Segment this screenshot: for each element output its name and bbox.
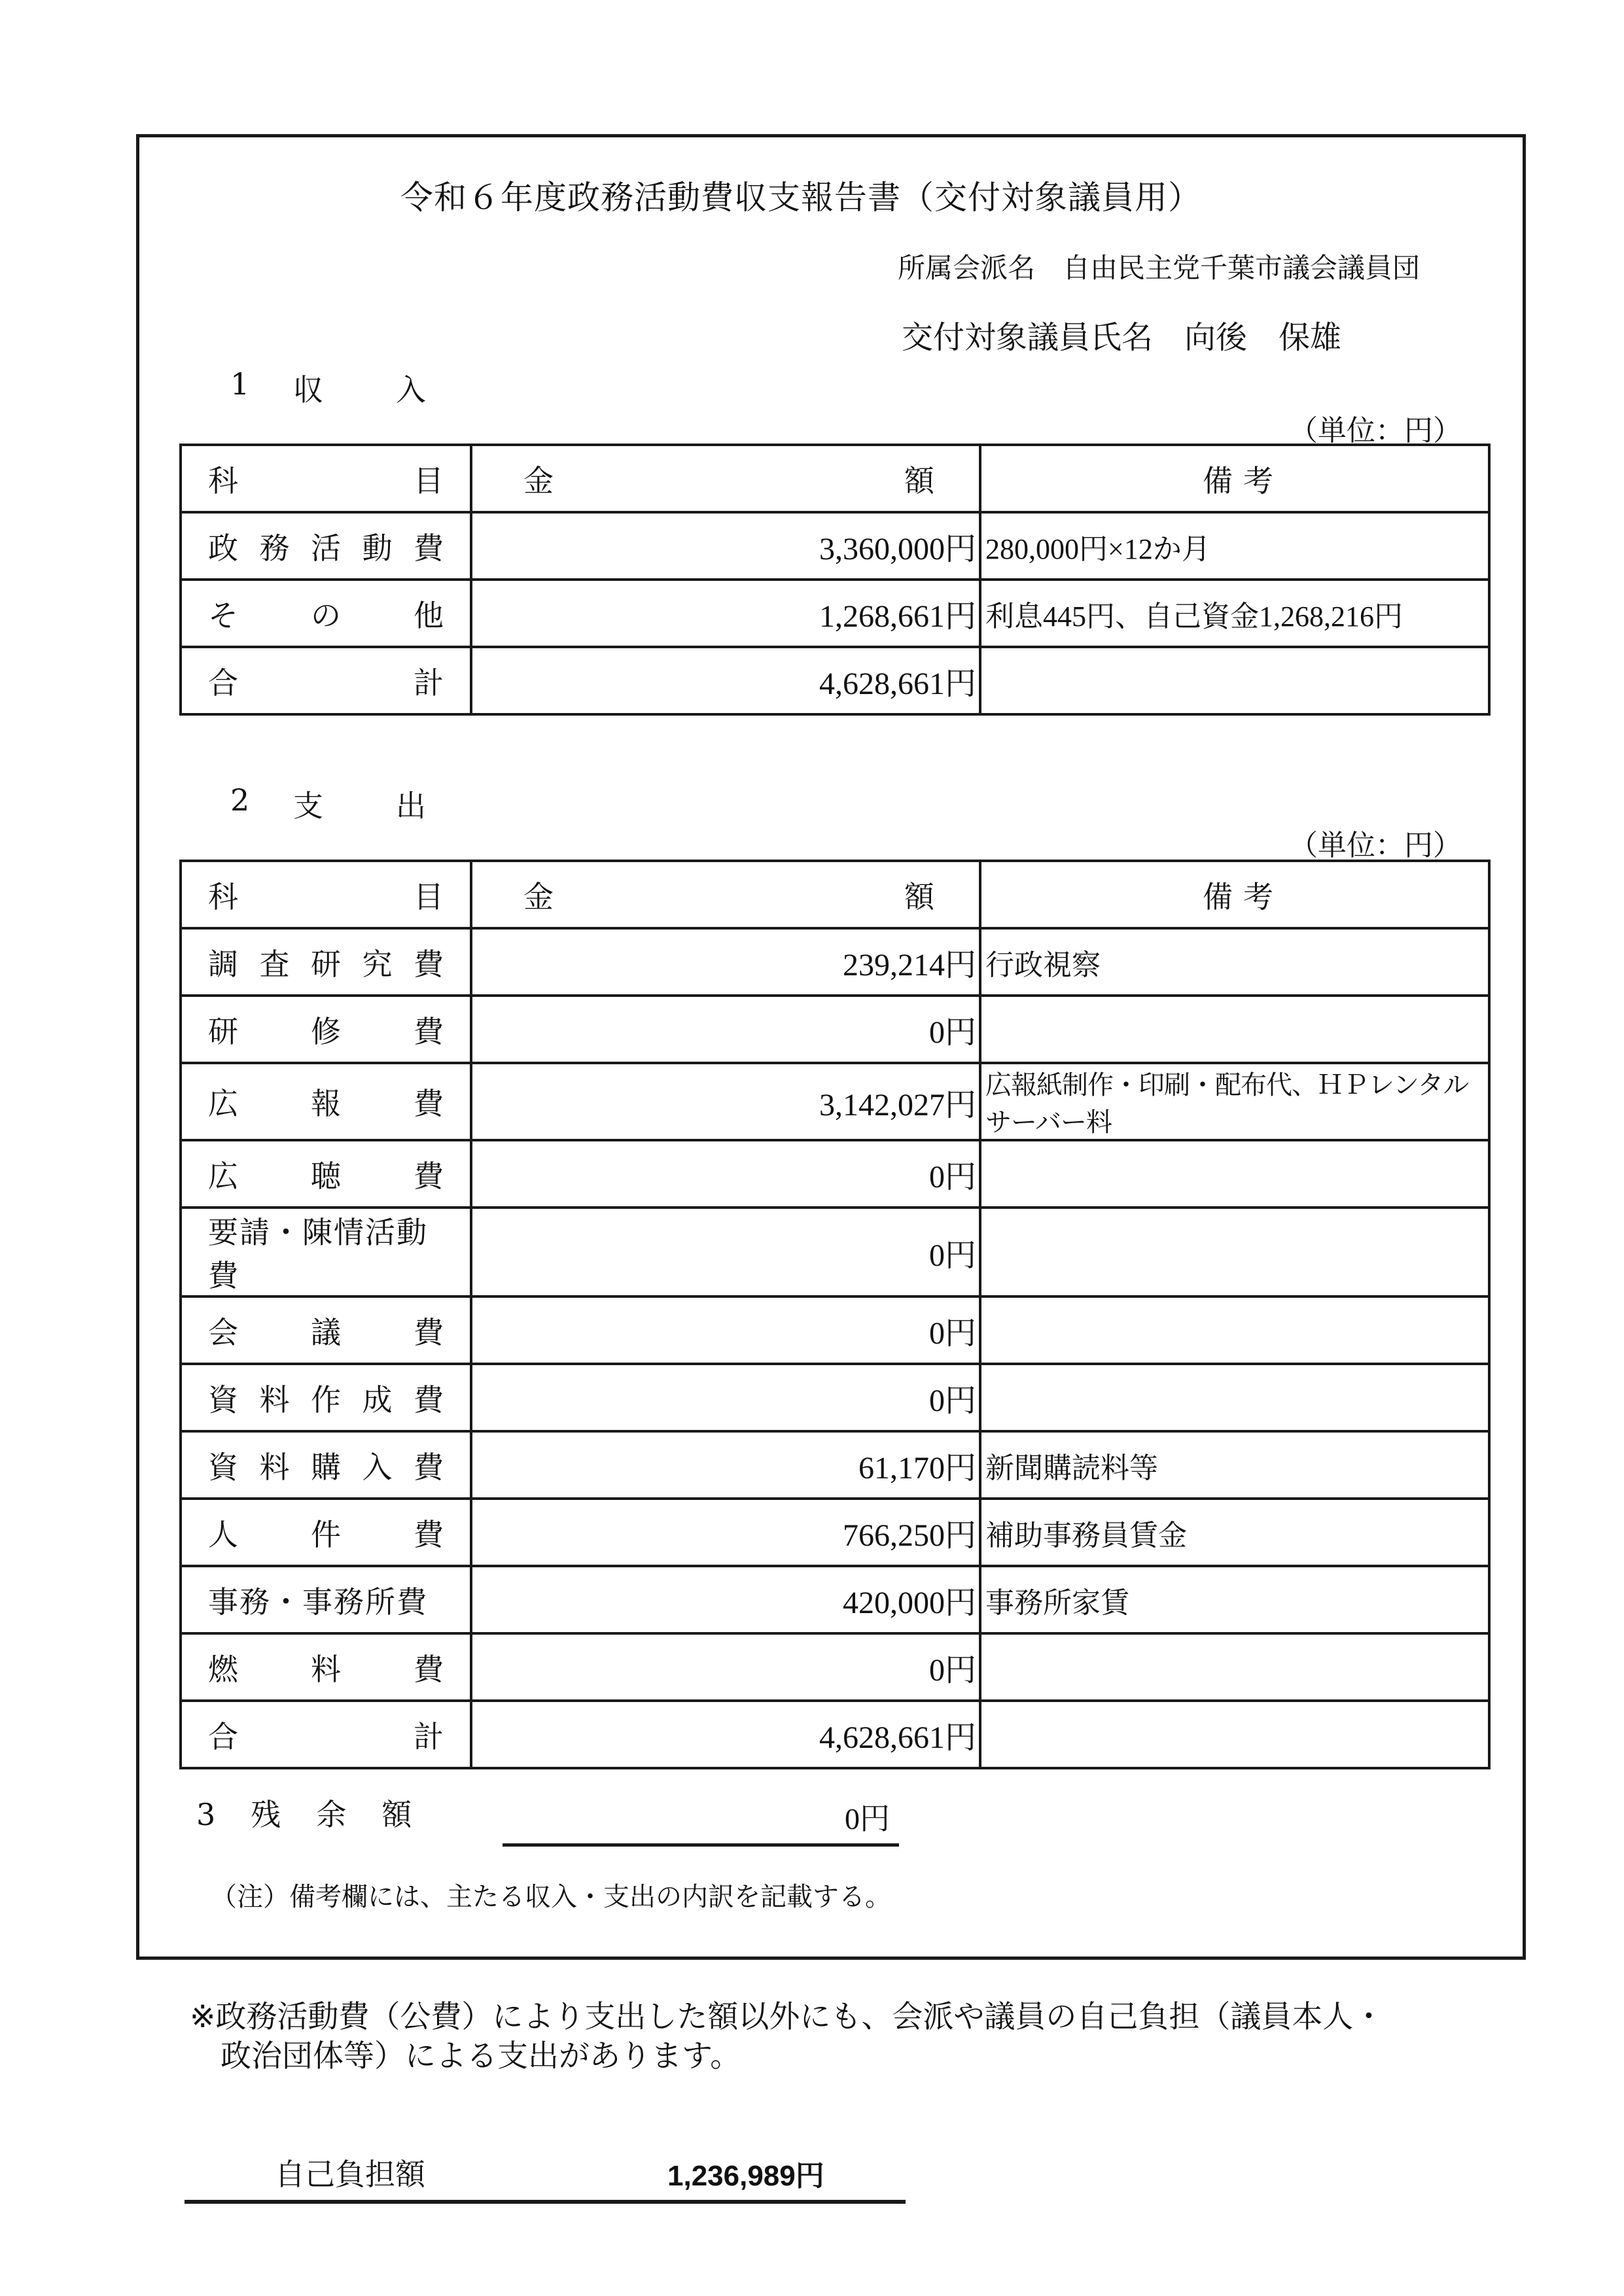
row-note: 行政視察 [980,928,1489,996]
row-item: 資料購入費 [181,1431,471,1499]
column-header-note: 備考 [980,861,1489,928]
row-amount: 0円 [471,1208,980,1296]
expenditure-heading-char: 支 [293,782,323,826]
self-burden-label: 自己負担額 [275,2151,425,2194]
row-amount: 0円 [471,1140,980,1208]
table-row: 人件費 766,250円 補助事務員賃金 [181,1499,1489,1566]
page-title: 令和６年度政務活動費収支報告書（交付対象議員用） [400,171,1201,218]
income-heading-char: 入 [396,366,426,409]
row-note: 280,000円×12か月 [980,512,1489,580]
expenditure-heading: 2 支 出 [0,782,654,822]
row-item: 資料作成費 [181,1364,471,1431]
row-item: 要請・陳情活動費 [181,1208,471,1296]
table-row: 燃料費 0円 [181,1633,1489,1701]
row-amount: 0円 [471,1364,980,1431]
row-amount: 1,268,661円 [471,580,980,647]
row-amount: 0円 [471,1633,980,1701]
table-row: 調査研究費 239,214円 行政視察 [181,928,1489,996]
income-table-header: 科目 金額 備考 [181,445,1489,512]
row-note [980,1701,1489,1768]
remainder-amount: 0円 [818,1795,890,1838]
row-item: 人件費 [181,1499,471,1566]
row-note: 補助事務員賃金 [980,1499,1489,1566]
row-item: その他 [181,580,471,647]
notice-line-2: 政治団体等）による支出があります。 [190,2037,1384,2076]
row-amount: 4,628,661円 [471,1701,980,1768]
self-burden-underline [185,2200,906,2204]
income-section-number: 1 [230,366,249,402]
row-amount: 3,142,027円 [471,1063,980,1140]
table-row: 要請・陳情活動費 0円 [181,1208,1489,1296]
row-amount: 4,628,661円 [471,647,980,714]
column-header-amount: 金額 [471,861,980,928]
row-amount: 420,000円 [471,1566,980,1633]
row-item: 政務活動費 [181,512,471,580]
member-name: 向後 保雄 [1184,319,1341,356]
row-amount: 239,214円 [471,928,980,996]
table-row: 広報費 3,142,027円 広報紙制作・印刷・配布代、ＨＰレンタルサーバー料 [181,1063,1489,1140]
row-item: 合計 [181,1701,471,1768]
row-item: 会議費 [181,1296,471,1364]
row-amount: 61,170円 [471,1431,980,1499]
group-name: 自由民主党千葉市議会議員団 [1063,252,1420,284]
column-header-amount: 金額 [471,445,980,512]
expenditure-table-header: 科目 金額 備考 [181,861,1489,928]
total-row: 合計 4,628,661円 [181,647,1489,714]
table-row: 会議費 0円 [181,1296,1489,1364]
row-note [980,1140,1489,1208]
row-note [980,996,1489,1063]
row-item: 燃料費 [181,1633,471,1701]
member-label: 交付対象議員氏名 [902,319,1153,356]
column-header-item: 科目 [181,861,471,928]
income-heading-char: 収 [293,366,323,409]
table-row: 広聴費 0円 [181,1140,1489,1208]
expenditure-table: 科目 金額 備考 調査研究費 239,214円 行政視察 研修費 0円 広報費 … [179,860,1491,1769]
remainder-label: 3 残 余 額 [196,1791,414,1834]
row-note [980,647,1489,714]
row-note [980,1364,1489,1431]
row-amount: 0円 [471,996,980,1063]
notice-line-1: ※政務活動費（公費）により支出した額以外にも、会派や議員の自己負担（議員本人・ [190,1998,1384,2037]
column-header-note: 備考 [980,445,1489,512]
group-label: 所属会派名 [898,252,1035,284]
notice: ※政務活動費（公費）により支出した額以外にも、会派や議員の自己負担（議員本人・ … [190,1998,1384,2076]
row-note [980,1296,1489,1364]
footnote: （注）備考欄には、主たる収入・支出の内訳を記載する。 [211,1876,891,1913]
table-row: その他 1,268,661円 利息445円、自己資金1,268,216円 [181,580,1489,647]
member-line: 交付対象議員氏名 向後 保雄 [902,312,1341,357]
expenditure-section-number: 2 [230,782,249,818]
row-item: 事務・事務所費 [181,1566,471,1633]
row-item: 研修費 [181,996,471,1063]
row-note [980,1208,1489,1296]
table-row: 事務・事務所費 420,000円 事務所家賃 [181,1566,1489,1633]
row-item: 広報費 [181,1063,471,1140]
group-line: 所属会派名 自由民主党千葉市議会議員団 [898,247,1420,286]
row-note: 広報紙制作・印刷・配布代、ＨＰレンタルサーバー料 [980,1063,1489,1140]
column-header-item: 科目 [181,445,471,512]
self-burden-amount: 1,236,989円 [667,2152,824,2194]
row-item: 調査研究費 [181,928,471,996]
table-row: 資料作成費 0円 [181,1364,1489,1431]
total-row: 合計 4,628,661円 [181,1701,1489,1768]
row-note: 利息445円、自己資金1,268,216円 [980,580,1489,647]
expenditure-heading-char: 出 [396,782,426,826]
row-note [980,1633,1489,1701]
income-unit-label: （単位：円） [1289,407,1462,449]
row-item: 合計 [181,647,471,714]
row-amount: 0円 [471,1296,980,1364]
row-item: 広聴費 [181,1140,471,1208]
row-amount: 766,250円 [471,1499,980,1566]
table-row: 研修費 0円 [181,996,1489,1063]
table-row: 政務活動費 3,360,000円 280,000円×12か月 [181,512,1489,580]
income-heading: 1 収 入 [0,366,654,406]
row-note: 新聞購読料等 [980,1431,1489,1499]
row-note: 事務所家賃 [980,1566,1489,1633]
table-row: 資料購入費 61,170円 新聞購読料等 [181,1431,1489,1499]
income-table: 科目 金額 備考 政務活動費 3,360,000円 280,000円×12か月 … [179,444,1491,716]
remainder-underline [503,1843,899,1847]
row-amount: 3,360,000円 [471,512,980,580]
expenditure-unit-label: （単位：円） [1289,822,1462,863]
